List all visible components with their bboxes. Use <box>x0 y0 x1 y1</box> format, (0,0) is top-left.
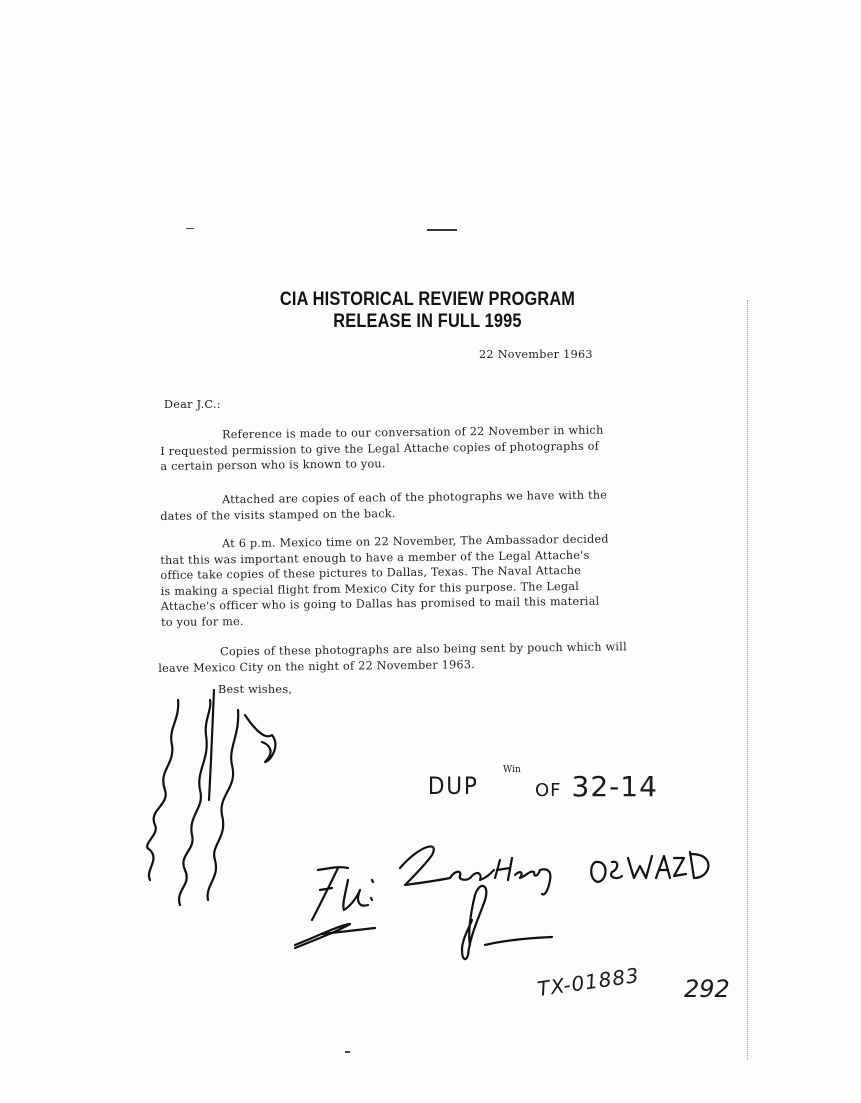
release-stamp-line1: CIA HISTORICAL REVIEW PROGRAM <box>57 289 797 311</box>
scan-artifact <box>186 228 194 229</box>
of-label: OF <box>535 780 562 801</box>
closing: Best wishes, <box>218 683 292 696</box>
win-annotation: Win <box>503 765 521 775</box>
paragraph-2: Attached are copies of each of the photo… <box>160 487 680 524</box>
page-number: 292 <box>684 975 730 1003</box>
salutation: Dear J.C.: <box>164 398 221 411</box>
letter-date: 22 November 1963 <box>479 348 593 361</box>
scan-artifact <box>427 229 457 231</box>
release-stamp-line2: RELEASE IN FULL 1995 <box>57 311 797 333</box>
scan-edge-line <box>747 300 748 1060</box>
scan-artifact <box>345 1051 350 1053</box>
dup-annotation: DUP <box>428 772 479 800</box>
file-number: 32-14 <box>572 770 658 803</box>
document-page: CIA HISTORICAL REVIEW PROGRAM RELEASE IN… <box>0 0 861 1103</box>
document-number: TX-01883 <box>536 963 641 1001</box>
paragraph-3: At 6 p.m. Mexico time on 22 November, Th… <box>160 531 681 630</box>
margin-note-handwriting <box>147 690 275 905</box>
file-number-annotation: OF32-14 <box>535 770 658 803</box>
paragraph-1: Reference is made to our conversation of… <box>160 422 681 475</box>
file-handwriting <box>295 846 708 959</box>
paragraph-4: Copies of these photographs are also bei… <box>158 639 678 676</box>
